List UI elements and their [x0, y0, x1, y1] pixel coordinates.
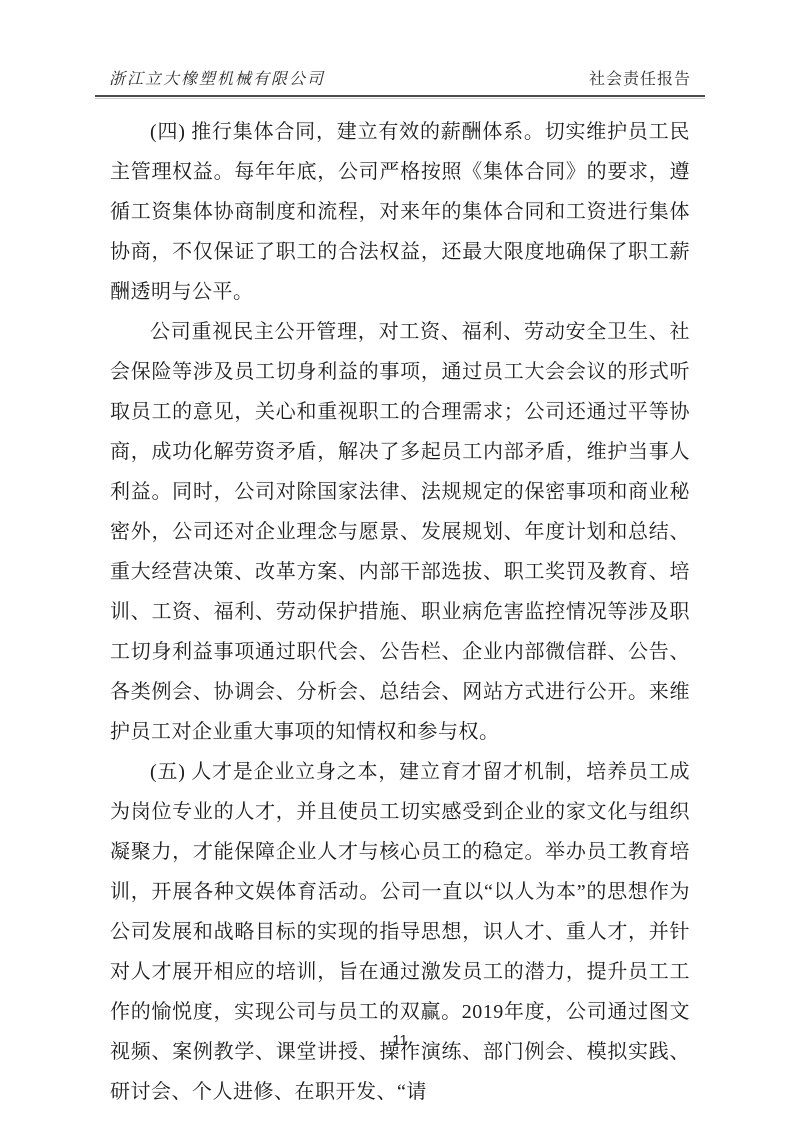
document-page: 浙江立大橡塑机械有限公司 社会责任报告 (四) 推行集体合同，建立有效的薪酬体系… [0, 0, 800, 1131]
body-paragraph-democratic-management: 公司重视民主公开管理，对工资、福利、劳动安全卫生、社会保险等涉及员工切身利益的事… [110, 312, 690, 752]
body-paragraph-collective-contract: (四) 推行集体合同，建立有效的薪酬体系。切实维护员工民主管理权益。每年年底，公… [110, 112, 690, 312]
header-company-name: 浙江立大橡塑机械有限公司 [109, 66, 325, 89]
header-report-title: 社会责任报告 [589, 66, 691, 89]
document-body: (四) 推行集体合同，建立有效的薪酬体系。切实维护员工民主管理权益。每年年底，公… [110, 112, 690, 1112]
page-number: 11 [0, 1032, 800, 1049]
body-paragraph-talent-development: (五) 人才是企业立身之本，建立育才留才机制，培养员工成为岗位专业的人才，并且使… [110, 752, 690, 1112]
page-header: 浙江立大橡塑机械有限公司 社会责任报告 [95, 66, 705, 97]
